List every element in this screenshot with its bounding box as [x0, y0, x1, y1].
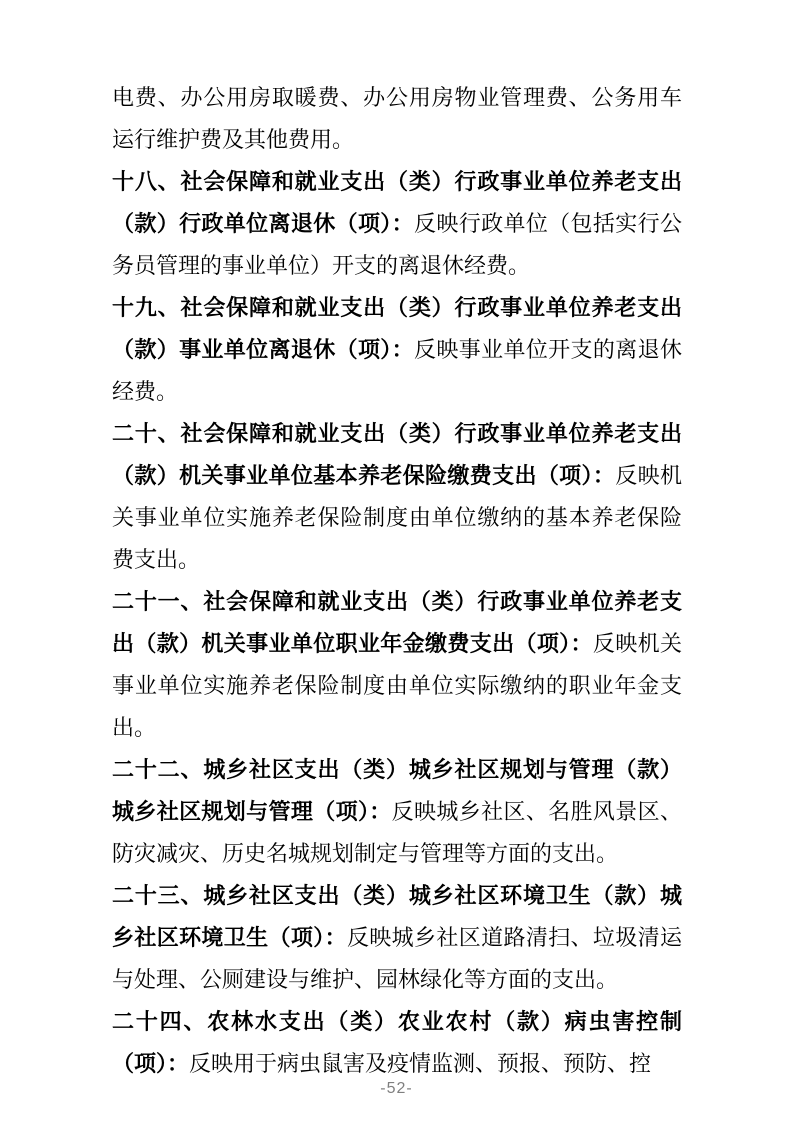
- paragraph: 十九、社会保障和就业支出（类）行政事业单位养老支出（款）事业单位离退休（项）：反…: [112, 287, 682, 413]
- paragraph: 二十一、社会保障和就业支出（类）行政事业单位养老支出（款）机关事业单位职业年金缴…: [112, 581, 682, 749]
- paragraph: 十八、社会保障和就业支出（类）行政事业单位养老支出（款）行政单位离退休（项）：反…: [112, 161, 682, 287]
- paragraph: 二十、社会保障和就业支出（类）行政事业单位养老支出（款）机关事业单位基本养老保险…: [112, 413, 682, 581]
- paragraph: 电费、办公用房取暖费、办公用房物业管理费、公务用车运行维护费及其他费用。: [112, 77, 682, 161]
- paragraph: 二十三、城乡社区支出（类）城乡社区环境卫生（款）城乡社区环境卫生（项）：反映城乡…: [112, 875, 682, 1001]
- document-body: 电费、办公用房取暖费、办公用房物业管理费、公务用车运行维护费及其他费用。 十八、…: [112, 77, 682, 1085]
- page-number: -52-: [380, 1080, 412, 1097]
- paragraph-text: 电费、办公用房取暖费、办公用房物业管理费、公务用车运行维护费及其他费用。: [112, 85, 682, 152]
- document-page: 电费、办公用房取暖费、办公用房物业管理费、公务用车运行维护费及其他费用。 十八、…: [0, 0, 793, 1122]
- paragraph-heading: 二十、社会保障和就业支出（类）行政事业单位养老支出（款）机关事业单位基本养老保险…: [112, 421, 682, 488]
- paragraph-text: 反映用于病虫鼠害及疫情监测、预报、预防、控: [189, 1051, 651, 1076]
- paragraph: 二十四、农林水支出（类）农业农村（款）病虫害控制（项）：反映用于病虫鼠害及疫情监…: [112, 1001, 682, 1085]
- paragraph: 二十二、城乡社区支出（类）城乡社区规划与管理（款）城乡社区规划与管理（项）：反映…: [112, 749, 682, 875]
- page-footer: -52-: [0, 1080, 793, 1098]
